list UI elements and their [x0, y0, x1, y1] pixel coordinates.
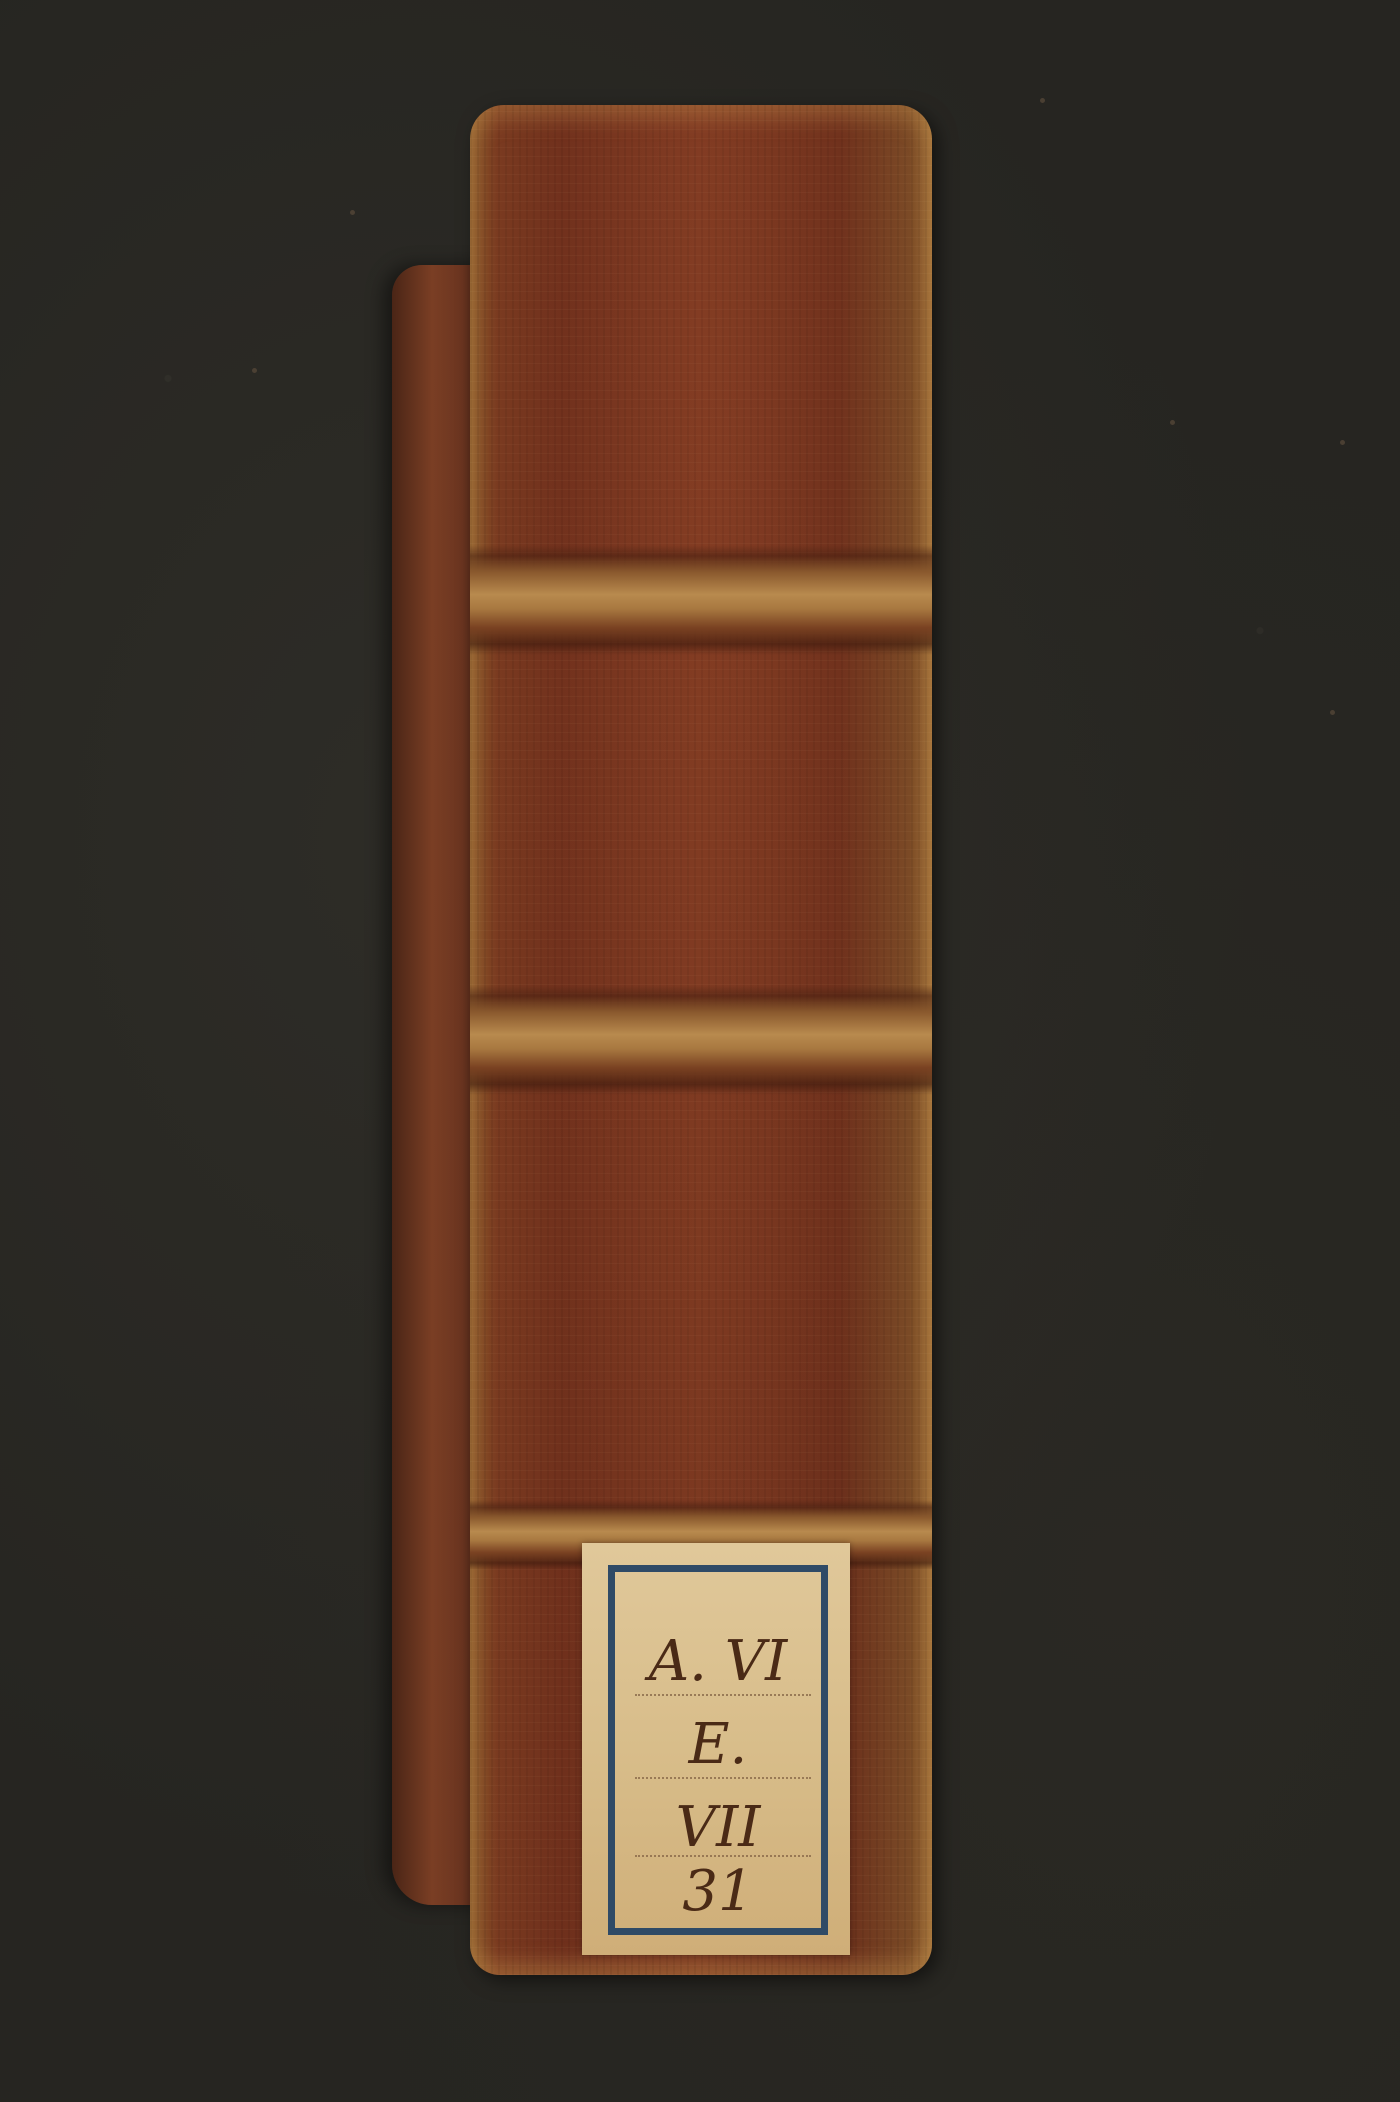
- label-rule: [635, 1777, 811, 1779]
- dust-speck: [1340, 440, 1345, 445]
- dust-speck: [1040, 98, 1045, 103]
- raised-band: [470, 545, 932, 655]
- dust-speck: [1170, 420, 1175, 425]
- shelf-mark-line-3: VII: [615, 1800, 821, 1856]
- shelf-mark-label: A. VI E. VII 31: [582, 1543, 850, 1955]
- dust-speck: [350, 210, 355, 215]
- dust-speck: [1330, 710, 1335, 715]
- photo-scene: A. VI E. VII 31: [0, 0, 1400, 2102]
- label-rule: [635, 1694, 811, 1696]
- shelf-mark-line-4: 31: [615, 1864, 821, 1920]
- label-border: A. VI E. VII 31: [608, 1565, 828, 1935]
- dust-speck: [252, 368, 257, 373]
- shelf-mark-line-2: E.: [615, 1717, 821, 1773]
- raised-band: [470, 985, 932, 1095]
- shelf-mark-line-1: A. VI: [615, 1634, 821, 1690]
- label-rule: [635, 1855, 811, 1857]
